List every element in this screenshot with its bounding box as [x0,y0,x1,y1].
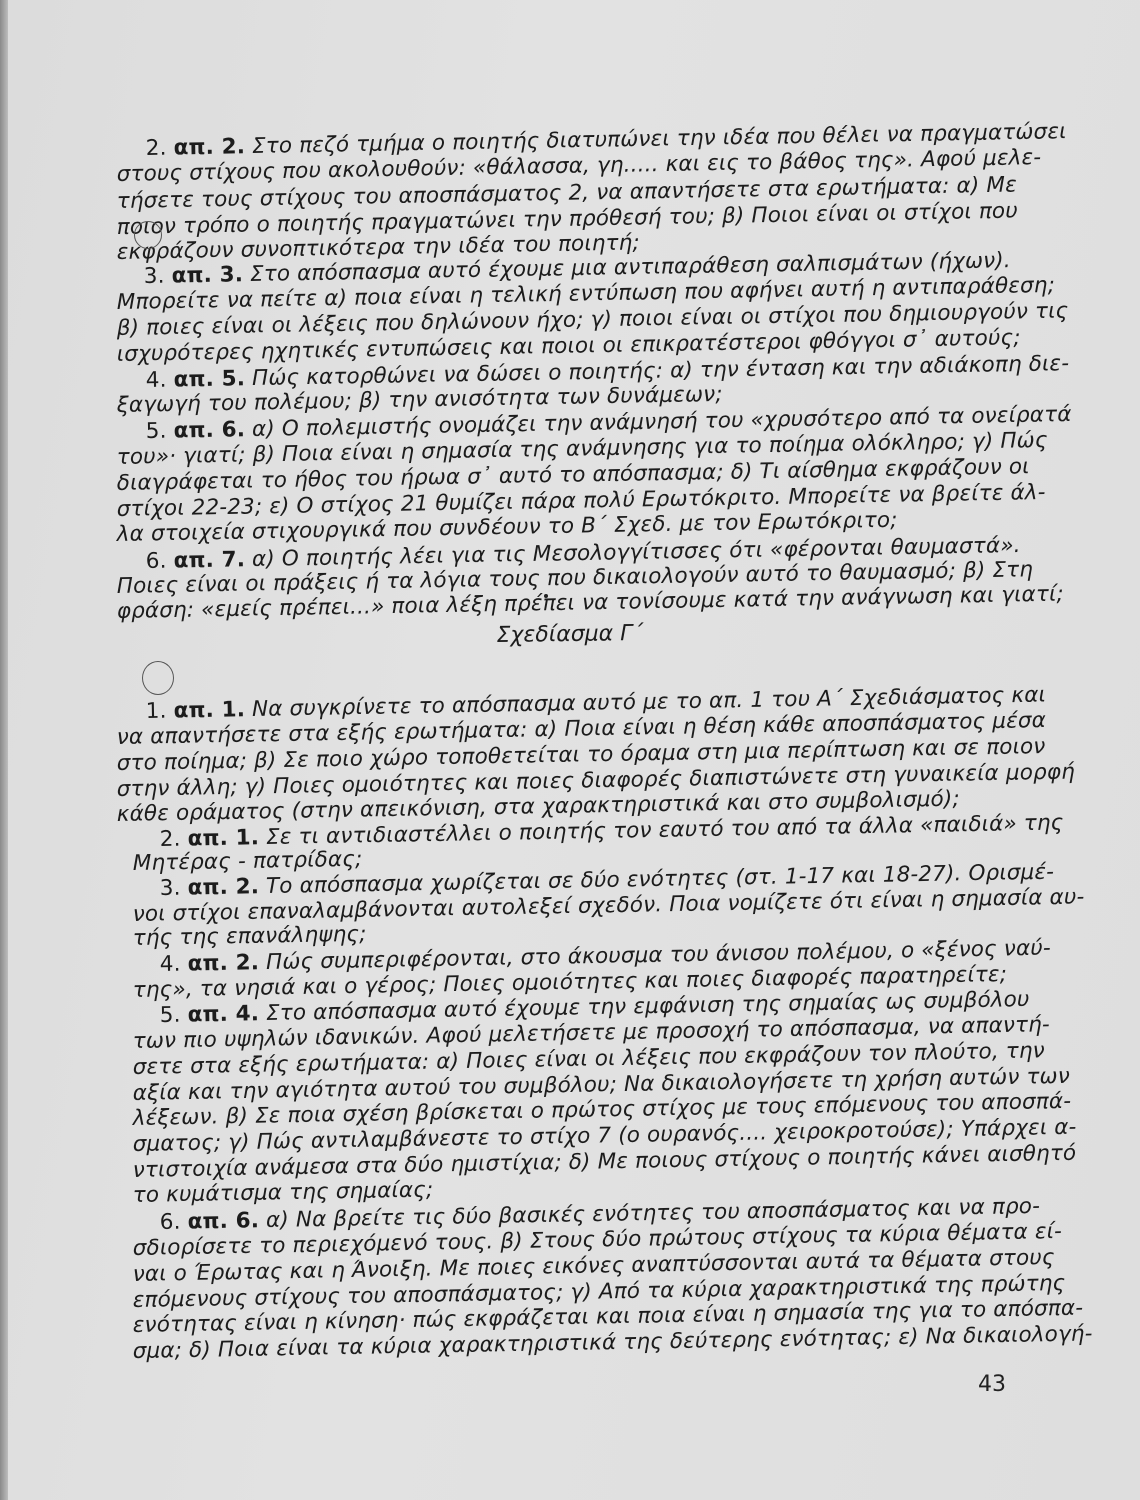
pen-circle-annotation [134,221,162,249]
excerpt-ref: απ. 7. [173,547,245,573]
separator-dot [544,594,548,598]
page-text: 2. απ. 2. Στο πεζό τμήμα ο ποιητής διατυ… [0,0,1140,1500]
question-number: 6. [160,1210,181,1235]
question-number: 5. [146,419,167,444]
question-number: 2. [146,136,167,161]
excerpt-ref: απ. 2. [187,950,259,976]
excerpt-ref: απ. 2. [173,134,245,160]
question-number: 4. [160,952,181,977]
question-number: 3. [160,876,181,901]
page-number: 43 [978,1372,1006,1397]
pen-circle-annotation [142,661,174,695]
question-number: 6. [146,549,167,574]
question-number: 4. [146,368,167,393]
question-number: 1. [146,699,167,724]
excerpt-ref: απ. 1. [187,825,259,851]
excerpt-ref: απ. 6. [173,417,245,443]
excerpt-ref: απ. 1. [173,697,245,723]
question-number: 2. [160,827,181,852]
excerpt-ref: απ. 6. [187,1208,259,1234]
excerpt-ref: απ. 4. [187,1001,259,1027]
question-number: 3. [144,264,165,289]
excerpt-ref: απ. 5. [173,366,245,392]
excerpt-ref: απ. 3. [171,262,243,288]
excerpt-ref: απ. 2. [187,874,259,900]
question-number: 5. [160,1003,181,1028]
